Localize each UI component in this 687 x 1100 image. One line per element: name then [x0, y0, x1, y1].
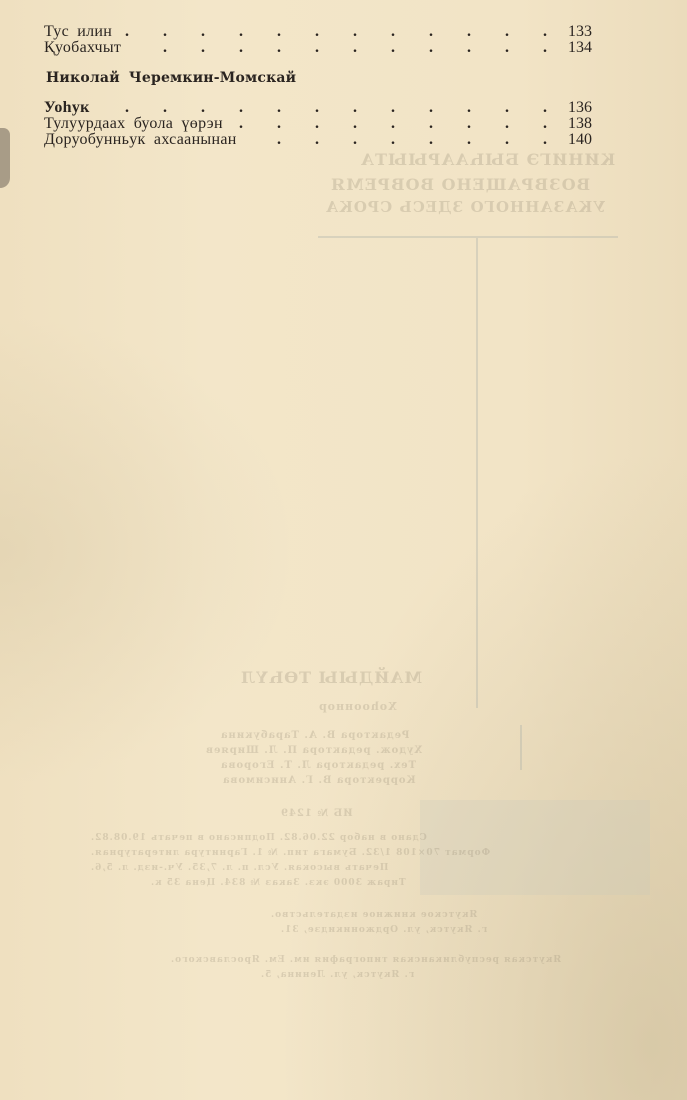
bleed-text: ВОЗВРАЩЕНО ВОВРЕМЯ: [330, 175, 590, 194]
toc-entry[interactable]: Тус илин . . . . . . . . . . . . . . . .…: [44, 24, 592, 40]
author-heading: Николай Черемкин-Момскай: [46, 70, 592, 86]
bleed-vertical-rule: [476, 238, 478, 708]
toc-entry[interactable]: Тулуурдаах буола үөрэн . . . . . . . . .…: [44, 116, 592, 132]
page-edge-shadow: [0, 128, 10, 188]
toc-entry-page: 140: [564, 132, 592, 148]
bleed-bracket: [520, 725, 522, 770]
bleed-text: Тираж 3000 экз. Заказ № 834. Цена 35 к.: [150, 878, 406, 888]
bleed-text: Сдано в набор 22.06.82. Подписано в печа…: [90, 833, 427, 843]
dot-leader: . . . . . . . . . . . . . . . . . . . . …: [122, 24, 562, 40]
bleed-text: ИБ № 1249: [280, 808, 353, 819]
bleed-text: Худож. редактора П. Л. Ширяев: [205, 745, 422, 756]
toc-entry[interactable]: Доруобунньук ахсаанынан . . . . . . . . …: [44, 132, 592, 148]
bleed-text: Редактора В. А. Тарабукина: [220, 730, 410, 741]
dot-leader: . . . . . . . . . . . . . . . . . . . . …: [247, 132, 562, 148]
toc-entry[interactable]: Уоһук . . . . . . . . . . . . . . . . . …: [44, 100, 592, 116]
dot-leader: . . . . . . . . . . . . . . . . . . . . …: [131, 40, 562, 56]
bleed-text: Якутское книжное издательство.: [270, 910, 477, 920]
dot-leader: . . . . . . . . . . . . . . . . . . . . …: [233, 116, 562, 132]
bleed-text: МАЙДЫЫ ТӨҺҮЛ: [240, 668, 422, 687]
table-of-contents: Тус илин . . . . . . . . . . . . . . . .…: [44, 24, 592, 148]
bleed-rule: [318, 236, 618, 238]
toc-entry-page: 136: [564, 100, 592, 116]
bleed-text: УКАЗАННОГО ЗДЕСЬ СРОКА: [325, 198, 605, 216]
bleed-text: Формат 70×108 1/32. Бумага тип. № 1. Гар…: [90, 848, 490, 858]
toc-entry-title: Тус илин: [44, 24, 112, 40]
bleed-text: КИНИГЭ БЫҺААРЫЫТА: [360, 150, 615, 169]
toc-entry-title: Қуобахчыт: [44, 40, 121, 56]
bleed-text: Корректора В. Г. Анисимова: [222, 775, 416, 786]
bleed-text: Хоһооннор: [318, 700, 397, 713]
book-page: КИНИГЭ БЫҺААРЫЫТА ВОЗВРАЩЕНО ВОВРЕМЯ УКА…: [0, 0, 687, 1100]
bleed-text: г. Якутск, ул. Орджоникидзе, 31.: [280, 925, 487, 935]
toc-entry-title: Доруобунньук ахсаанынан: [44, 132, 237, 148]
toc-entry-page: 138: [564, 116, 592, 132]
toc-entry-page: 133: [564, 24, 592, 40]
bleed-text: г. Якутск, ул. Ленина, 5.: [260, 970, 414, 980]
toc-entry[interactable]: Қуобахчыт . . . . . . . . . . . . . . . …: [44, 40, 592, 56]
dot-leader: . . . . . . . . . . . . . . . . . . . . …: [100, 100, 562, 116]
bleed-text: Якутская республиканская типография им. …: [170, 955, 561, 965]
toc-entry-title: Уоһук: [44, 100, 90, 116]
toc-entry-page: 134: [564, 40, 592, 56]
bleed-text: Тех. редактора Л. Т. Егорова: [220, 760, 416, 771]
bleed-text: Печать высокая. Усл. п. л. 7,35. Уч.-изд…: [90, 863, 388, 873]
toc-entry-title: Тулуурдаах буола үөрэн: [44, 116, 223, 132]
